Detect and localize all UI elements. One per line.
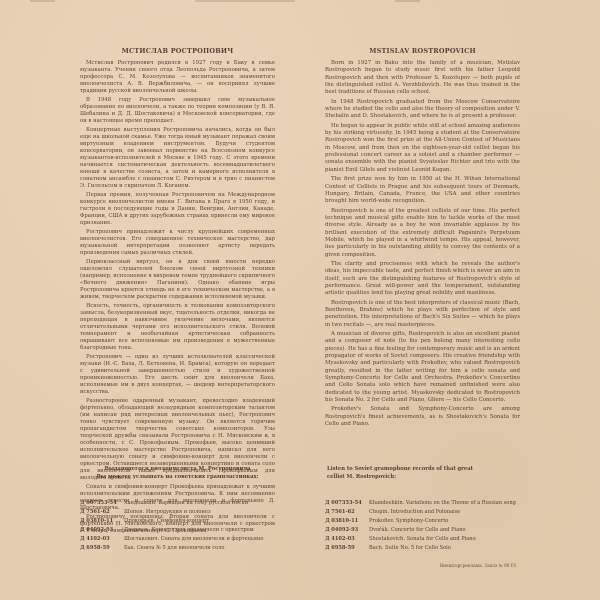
edge-mark	[30, 0, 55, 2]
record-row: Д 04092-93Дворжак. Концерт для виолончел…	[80, 527, 275, 533]
record-row: Д 6958-59Bach. Suite No. 5 for Cello Sol…	[325, 545, 520, 551]
catalog-number: Д 6958-59	[325, 545, 369, 551]
record-row: Д 7561-62Шопен. Интродукция и полонез	[80, 509, 275, 515]
paragraph: The clarity and preciseness with which h…	[325, 261, 520, 298]
record-row: Д 7561-62Chopin. Introduction and Polona…	[325, 509, 520, 515]
catalog-number: Д 007353-54	[325, 500, 369, 506]
heading-line: Listen to Soviet gramophone records of t…	[327, 465, 522, 473]
heading-line: Вы можете услышать на советских грамплас…	[80, 473, 275, 481]
paragraph: A musician of diverse gifts, Rostropovic…	[325, 331, 520, 404]
edge-mark	[395, 0, 420, 2]
english-title: MSTISLAV ROSTROPOVICH	[325, 47, 520, 55]
edge-mark	[195, 0, 295, 2]
russian-records-list: Д 007353-54Хандошкин. Вариации на тему р…	[80, 500, 275, 554]
printer-imprint: Внешторгреклама. Заказ № 90 Р1	[440, 564, 517, 569]
heading-line: cellist M. Rostropovich:	[327, 473, 522, 481]
catalog-number: Д 007353-54	[80, 500, 124, 506]
paragraph: Born in 1927 in Baku into the family of …	[325, 60, 520, 97]
record-title: Shostakovich. Sonata for Cello and Piano	[369, 536, 520, 542]
russian-title: МСТИСЛАВ РОСТРОПОВИЧ	[80, 47, 275, 55]
paragraph: Ясность, точность, органичность в толков…	[80, 303, 275, 352]
record-title: Дворжак. Концерт для виолончели с оркест…	[124, 527, 275, 533]
english-records-list: Д 007353-54Khandoshkin. Variations on th…	[325, 500, 520, 554]
record-row: Д 007353-54Хандошкин. Вариации на тему р…	[80, 500, 275, 506]
record-title: Prokofiev. Symphony-Concerto	[369, 518, 520, 524]
record-title: Dvořák. Concerto for Cello and Piano	[369, 527, 520, 533]
paragraph: Концертные выступления Ростроповича нача…	[80, 127, 275, 190]
record-title: Chopin. Introduction and Polonaise	[369, 509, 520, 515]
catalog-number: Д 03810-11	[80, 518, 124, 524]
paragraph: Первая премия, полученная Ростроповичем …	[80, 192, 275, 227]
record-title: Прокофьев. Симфония-концерт	[124, 518, 275, 524]
catalog-number: Д 6958-59	[80, 545, 124, 551]
paragraph: Первоклассный виртуоз, он в дни своей юн…	[80, 259, 275, 301]
paragraph: В 1948 году Ростропович завершил свое му…	[80, 97, 275, 125]
record-row: Д 007353-54Khandoshkin. Variations on th…	[325, 500, 520, 506]
paragraph: Rostropovich is one of the best interpre…	[325, 300, 520, 329]
record-title: Шопен. Интродукция и полонез	[124, 509, 275, 515]
catalog-number: Д 7561-62	[325, 509, 369, 515]
record-row: Д 4102-03Shostakovich. Sonata for Cello …	[325, 536, 520, 542]
record-row: Д 4102-03Шостакович. Соната для виолонче…	[80, 536, 275, 542]
paragraph: Prokofiev's Sonata and Symphony-Concerto…	[325, 406, 520, 428]
russian-records-heading: Выдающегося виолончелиста М. Ростропович…	[80, 465, 275, 481]
record-row: Д 03810-11Прокофьев. Симфония-концерт	[80, 518, 275, 524]
heading-line: Выдающегося виолончелиста М. Ростропович…	[80, 465, 275, 473]
record-row: Д 6958-59Бах. Сюита № 5 для виолончели с…	[80, 545, 275, 551]
record-title: Шостакович. Соната для виолончели и форт…	[124, 536, 275, 542]
record-title: Хандошкин. Вариации на тему русской песн…	[124, 500, 275, 506]
record-row: Д 03810-11Prokofiev. Symphony-Concerto	[325, 518, 520, 524]
paragraph: Ростропович — один из лучших истолковате…	[80, 354, 275, 396]
paragraph: Rostropovich is one of the greatest cell…	[325, 208, 520, 259]
record-title: Khandoshkin. Variations on the Theme of …	[369, 500, 520, 506]
record-title: Bach. Suite No. 5 for Cello Solo	[369, 545, 520, 551]
catalog-number: Д 7561-62	[80, 509, 124, 515]
paragraph: In 1948 Rostropovich graduated from the …	[325, 99, 520, 121]
catalog-number: Д 4102-03	[325, 536, 369, 542]
paragraph: Ростропович принадлежит к числу крупнейш…	[80, 229, 275, 257]
paragraph: He began to appear in public while still…	[325, 123, 520, 174]
paragraph: The first prize won by him in 1950 at th…	[325, 176, 520, 205]
record-row: Д 04092-93Dvořák. Concerto for Cello and…	[325, 527, 520, 533]
paragraph: Мстислав Ростропович родился в 1927 году…	[80, 60, 275, 95]
english-records-heading: Listen to Soviet gramophone records of t…	[327, 465, 522, 481]
catalog-number: Д 04092-93	[325, 527, 369, 533]
record-title: Бах. Сюита № 5 для виолончели соло	[124, 545, 275, 551]
catalog-number: Д 03810-11	[325, 518, 369, 524]
catalog-number: Д 4102-03	[80, 536, 124, 542]
catalog-number: Д 04092-93	[80, 527, 124, 533]
english-body: Born in 1927 in Baku into the family of …	[325, 60, 520, 431]
